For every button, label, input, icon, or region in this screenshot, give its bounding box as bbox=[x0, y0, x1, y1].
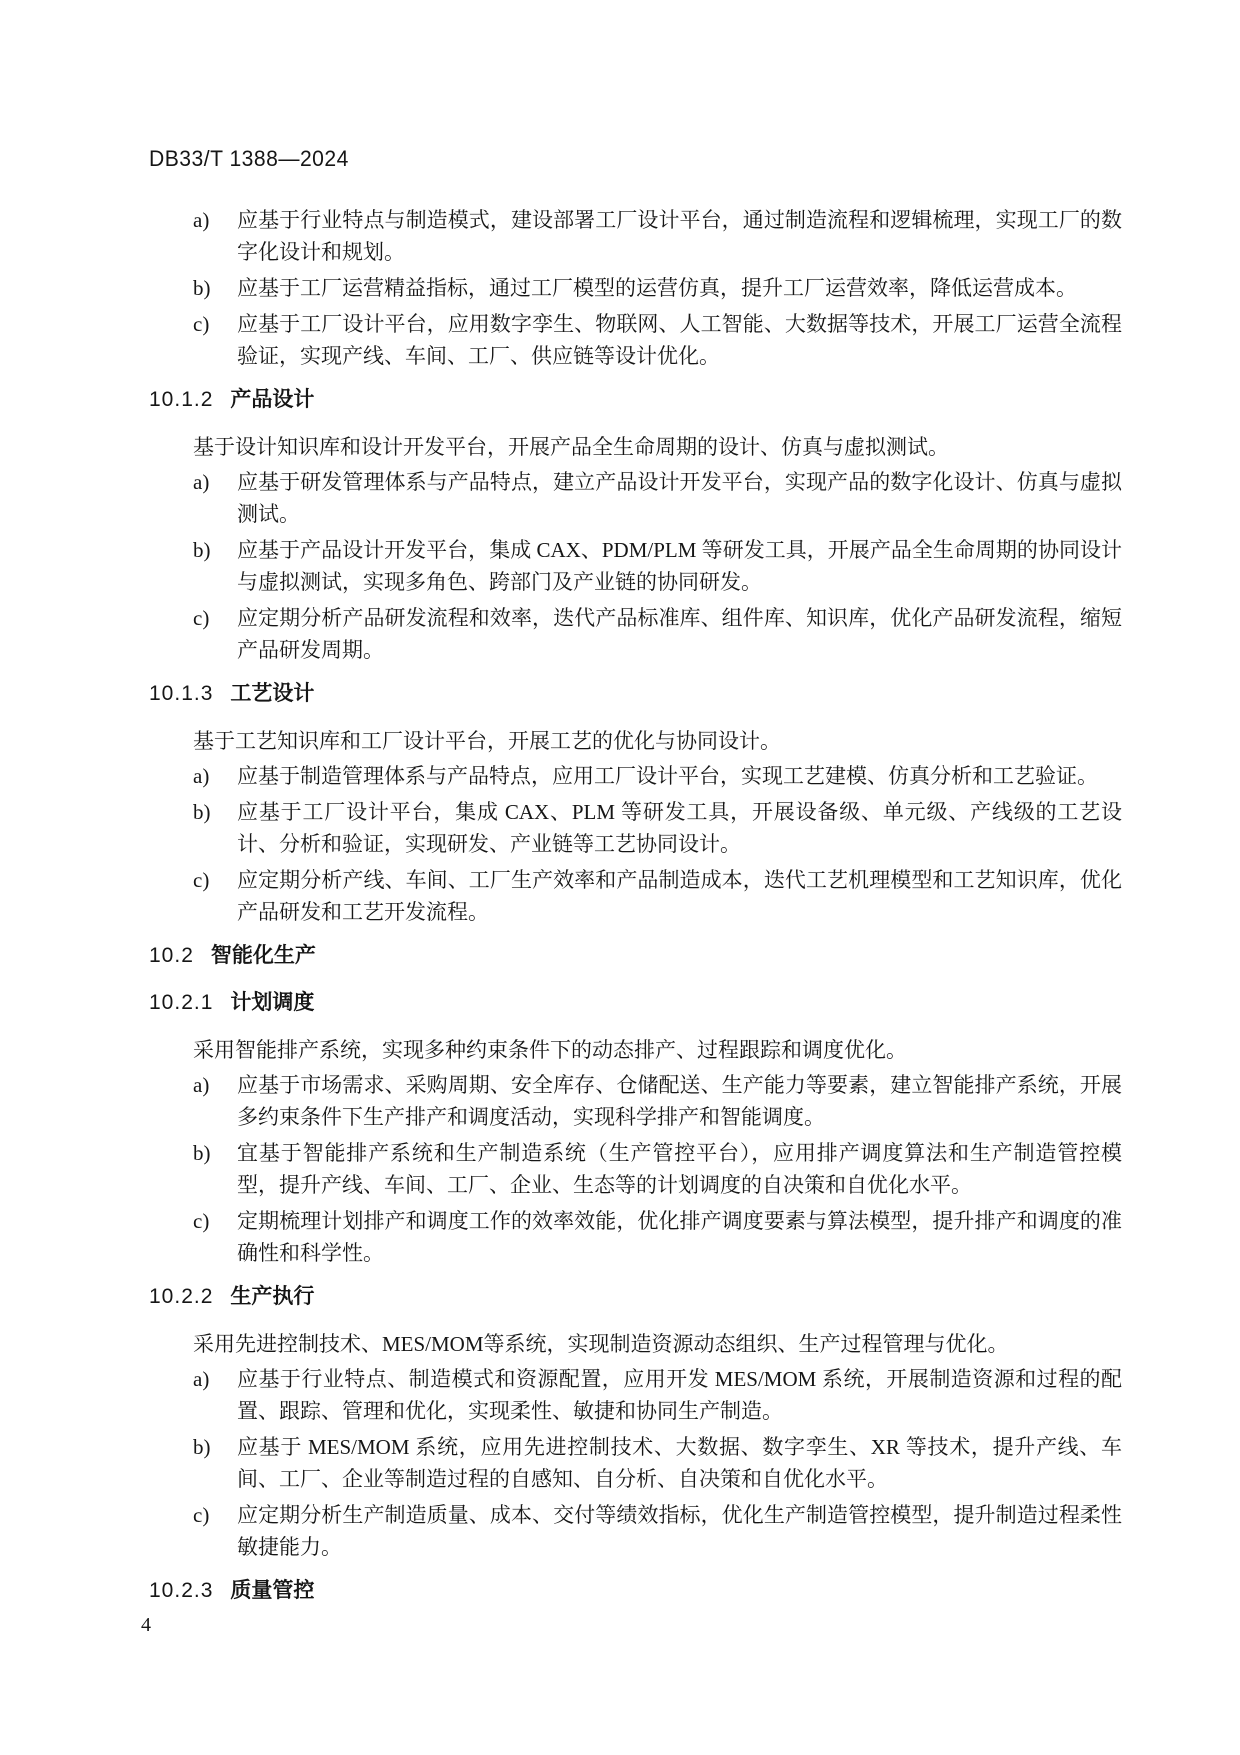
document-code: DB33/T 1388—2024 bbox=[149, 146, 1083, 172]
clause-marker: b) bbox=[193, 534, 211, 566]
clause-marker: b) bbox=[193, 1431, 211, 1463]
clause-item: c) 应定期分析生产制造质量、成本、交付等绩效指标，优化生产制造管控模型，提升制… bbox=[237, 1499, 1122, 1563]
clause-list: a) 应基于行业特点、制造模式和资源配置，应用开发 MES/MOM 系统，开展制… bbox=[149, 1363, 1122, 1563]
clause-text: 应基于行业特点与制造模式，建设部署工厂设计平台，通过制造流程和逻辑梳理，实现工厂… bbox=[237, 208, 1122, 264]
section-title: 产品设计 bbox=[230, 388, 314, 411]
section-number: 10.2 bbox=[149, 944, 194, 967]
clause-item: a) 应基于研发管理体系与产品特点，建立产品设计开发平台，实现产品的数字化设计、… bbox=[237, 466, 1122, 530]
section-heading-10-1-2: 10.1.2产品设计 bbox=[149, 384, 1122, 416]
clause-text: 应基于工厂设计平台，集成 CAX、PLM 等研发工具，开展设备级、单元级、产线级… bbox=[237, 800, 1122, 856]
clause-marker: b) bbox=[193, 796, 211, 828]
clause-marker: b) bbox=[193, 1137, 211, 1169]
clause-text: 应定期分析产线、车间、工厂生产效率和产品制造成本，迭代工艺机理模型和工艺知识库，… bbox=[237, 868, 1122, 924]
section-heading-10-2: 10.2智能化生产 bbox=[149, 940, 1122, 972]
section-title: 生产执行 bbox=[230, 1285, 314, 1308]
section-number: 10.2.3 bbox=[149, 1579, 213, 1602]
clause-text: 应基于产品设计开发平台，集成 CAX、PDM/PLM 等研发工具，开展产品全生命… bbox=[237, 538, 1122, 594]
section-number: 10.2.2 bbox=[149, 1285, 213, 1308]
section-title: 计划调度 bbox=[230, 991, 314, 1014]
clause-item: b) 应基于工厂运营精益指标，通过工厂模型的运营仿真，提升工厂运营效率，降低运营… bbox=[237, 272, 1122, 304]
clause-list: a) 应基于研发管理体系与产品特点，建立产品设计开发平台，实现产品的数字化设计、… bbox=[149, 466, 1122, 666]
clause-item: a) 应基于市场需求、采购周期、安全库存、仓储配送、生产能力等要素，建立智能排产… bbox=[237, 1069, 1122, 1133]
clause-marker: a) bbox=[193, 1069, 209, 1101]
clause-item: c) 定期梳理计划排产和调度工作的效率效能，优化排产调度要素与算法模型，提升排产… bbox=[237, 1205, 1122, 1269]
clause-item: a) 应基于行业特点、制造模式和资源配置，应用开发 MES/MOM 系统，开展制… bbox=[237, 1363, 1122, 1427]
section-intro: 基于工艺知识库和工厂设计平台，开展工艺的优化与协同设计。 bbox=[149, 725, 1122, 757]
clause-list: a) 应基于市场需求、采购周期、安全库存、仓储配送、生产能力等要素，建立智能排产… bbox=[149, 1069, 1122, 1269]
clause-marker: a) bbox=[193, 204, 209, 236]
clause-marker: c) bbox=[193, 602, 209, 634]
clause-item: c) 应基于工厂设计平台，应用数字孪生、物联网、人工智能、大数据等技术，开展工厂… bbox=[237, 308, 1122, 372]
clause-marker: c) bbox=[193, 308, 209, 340]
section-intro: 采用智能排产系统，实现多种约束条件下的动态排产、过程跟踪和调度优化。 bbox=[149, 1034, 1122, 1066]
clause-marker: c) bbox=[193, 864, 209, 896]
clause-list-continued: a) 应基于行业特点与制造模式，建设部署工厂设计平台，通过制造流程和逻辑梳理，实… bbox=[149, 204, 1122, 372]
section-title: 质量管控 bbox=[230, 1579, 314, 1602]
clause-text: 应基于 MES/MOM 系统，应用先进控制技术、大数据、数字孪生、XR 等技术，… bbox=[237, 1435, 1122, 1491]
section-number: 10.1.2 bbox=[149, 388, 213, 411]
section-heading-10-2-2: 10.2.2生产执行 bbox=[149, 1281, 1122, 1313]
clause-marker: a) bbox=[193, 466, 209, 498]
clause-item: b) 应基于 MES/MOM 系统，应用先进控制技术、大数据、数字孪生、XR 等… bbox=[237, 1431, 1122, 1495]
clause-text: 应定期分析产品研发流程和效率，迭代产品标准库、组件库、知识库，优化产品研发流程，… bbox=[237, 606, 1122, 662]
clause-marker: c) bbox=[193, 1499, 209, 1531]
clause-item: a) 应基于制造管理体系与产品特点，应用工厂设计平台，实现工艺建模、仿真分析和工… bbox=[237, 760, 1122, 792]
clause-list: a) 应基于制造管理体系与产品特点，应用工厂设计平台，实现工艺建模、仿真分析和工… bbox=[149, 760, 1122, 928]
section-number: 10.1.3 bbox=[149, 682, 213, 705]
clause-item: b) 宜基于智能排产系统和生产制造系统（生产管控平台），应用排产调度算法和生产制… bbox=[237, 1137, 1122, 1201]
clause-marker: b) bbox=[193, 272, 211, 304]
clause-text: 应基于研发管理体系与产品特点，建立产品设计开发平台，实现产品的数字化设计、仿真与… bbox=[237, 470, 1122, 526]
clause-text: 应基于行业特点、制造模式和资源配置，应用开发 MES/MOM 系统，开展制造资源… bbox=[237, 1367, 1122, 1423]
clause-item: c) 应定期分析产线、车间、工厂生产效率和产品制造成本，迭代工艺机理模型和工艺知… bbox=[237, 864, 1122, 928]
page-number: 4 bbox=[141, 1612, 151, 1638]
document-page: DB33/T 1388—2024 a) 应基于行业特点与制造模式，建设部署工厂设… bbox=[0, 0, 1240, 1755]
section-title: 智能化生产 bbox=[211, 944, 316, 967]
clause-marker: a) bbox=[193, 760, 209, 792]
clause-item: b) 应基于工厂设计平台，集成 CAX、PLM 等研发工具，开展设备级、单元级、… bbox=[237, 796, 1122, 860]
section-title: 工艺设计 bbox=[230, 682, 314, 705]
clause-text: 应基于市场需求、采购周期、安全库存、仓储配送、生产能力等要素，建立智能排产系统，… bbox=[237, 1073, 1122, 1129]
clause-item: b) 应基于产品设计开发平台，集成 CAX、PDM/PLM 等研发工具，开展产品… bbox=[237, 534, 1122, 598]
clause-item: a) 应基于行业特点与制造模式，建设部署工厂设计平台，通过制造流程和逻辑梳理，实… bbox=[237, 204, 1122, 268]
section-intro: 基于设计知识库和设计开发平台，开展产品全生命周期的设计、仿真与虚拟测试。 bbox=[149, 431, 1122, 463]
section-heading-10-2-3: 10.2.3质量管控 bbox=[149, 1575, 1122, 1607]
section-number: 10.2.1 bbox=[149, 991, 213, 1014]
clause-text: 应基于工厂运营精益指标，通过工厂模型的运营仿真，提升工厂运营效率，降低运营成本。 bbox=[237, 276, 1077, 300]
clause-text: 应定期分析生产制造质量、成本、交付等绩效指标，优化生产制造管控模型，提升制造过程… bbox=[237, 1503, 1122, 1559]
clause-item: c) 应定期分析产品研发流程和效率，迭代产品标准库、组件库、知识库，优化产品研发… bbox=[237, 602, 1122, 666]
clause-text: 应基于工厂设计平台，应用数字孪生、物联网、人工智能、大数据等技术，开展工厂运营全… bbox=[237, 312, 1122, 368]
section-intro: 采用先进控制技术、MES/MOM等系统，实现制造资源动态组织、生产过程管理与优化… bbox=[149, 1328, 1122, 1360]
section-heading-10-1-3: 10.1.3工艺设计 bbox=[149, 678, 1122, 710]
clause-text: 定期梳理计划排产和调度工作的效率效能，优化排产调度要素与算法模型，提升排产和调度… bbox=[237, 1209, 1122, 1265]
clause-marker: a) bbox=[193, 1363, 209, 1395]
clause-text: 宜基于智能排产系统和生产制造系统（生产管控平台），应用排产调度算法和生产制造管控… bbox=[237, 1141, 1122, 1197]
clause-marker: c) bbox=[193, 1205, 209, 1237]
clause-text: 应基于制造管理体系与产品特点，应用工厂设计平台，实现工艺建模、仿真分析和工艺验证… bbox=[237, 764, 1098, 788]
section-heading-10-2-1: 10.2.1计划调度 bbox=[149, 987, 1122, 1019]
